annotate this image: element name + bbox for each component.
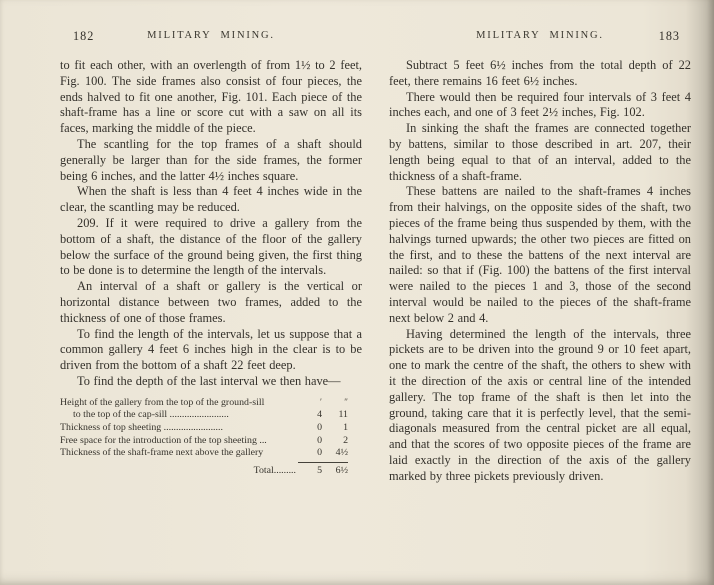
total-label: Total.........	[60, 465, 304, 478]
paragraph: Having determined the length of the inte…	[389, 327, 691, 485]
paragraph: In sinking the shaft the frames are conn…	[389, 121, 691, 184]
table-row-label: Thickness of the shaft-frame next above …	[60, 447, 304, 460]
running-header-left: 182 MILITARY MINING.	[60, 30, 362, 45]
paragraph: There would then be required four interv…	[389, 90, 691, 122]
table-row-label: Height of the gallery from the top of th…	[60, 397, 304, 410]
table-row-label: Free space for the introduction of the t…	[60, 435, 304, 448]
paragraph: An interval of a shaft or gallery is the…	[60, 279, 362, 326]
paragraph: When the shaft is less than 4 feet 4 inc…	[60, 184, 362, 216]
table-row: Free space for the introduction of the t…	[60, 435, 348, 448]
inches-value: 11	[322, 409, 348, 422]
paragraph: Subtract 5 feet 6½ inches from the total…	[389, 58, 691, 90]
feet-value: 0	[304, 447, 322, 460]
page-182: 182 MILITARY MINING. to fit each other, …	[60, 30, 362, 477]
paragraph: 209. If it were required to drive a gall…	[60, 216, 362, 279]
inches-value: 1	[322, 422, 348, 435]
feet-value: 4	[304, 409, 322, 422]
running-title-right: MILITARY MINING.	[389, 30, 691, 41]
paragraph: To find the depth of the last interval w…	[60, 374, 362, 390]
table-row: Height of the gallery from the top of th…	[60, 396, 348, 410]
total-inches-value: 6½	[322, 465, 348, 478]
inches-unit-mark: ″	[322, 396, 348, 409]
total-feet-value: 5	[304, 465, 322, 478]
table-row-label: Thickness of top sheeting ..............…	[60, 422, 304, 435]
depth-table: Height of the gallery from the top of th…	[60, 396, 362, 478]
feet-unit-mark: ′	[304, 396, 322, 409]
page-183: MILITARY MINING. 183 Subtract 5 feet 6½ …	[389, 30, 691, 485]
table-row-label: to the top of the cap-sill .............…	[60, 409, 304, 422]
feet-value: 0	[304, 422, 322, 435]
running-title-left: MILITARY MINING.	[60, 30, 362, 41]
table-total-row: Total......... 5 6½	[60, 465, 348, 478]
paragraph: These battens are nailed to the shaft-fr…	[389, 184, 691, 326]
book-spread: 182 MILITARY MINING. to fit each other, …	[0, 0, 714, 585]
paragraph: To find the length of the intervals, let…	[60, 327, 362, 374]
inches-value: 2	[322, 435, 348, 448]
table-row: Thickness of the shaft-frame next above …	[60, 447, 348, 460]
table-row: to the top of the cap-sill .............…	[60, 409, 348, 422]
paragraph: The scantling for the top frames of a sh…	[60, 137, 362, 184]
running-header-right: MILITARY MINING. 183	[389, 30, 691, 45]
page-number-right: 183	[659, 29, 680, 44]
feet-value: 0	[304, 435, 322, 448]
paragraph: to fit each other, with an overlength of…	[60, 58, 362, 137]
inches-value: 4½	[322, 447, 348, 460]
table-row: Thickness of top sheeting ..............…	[60, 422, 348, 435]
sum-rule	[298, 462, 348, 463]
